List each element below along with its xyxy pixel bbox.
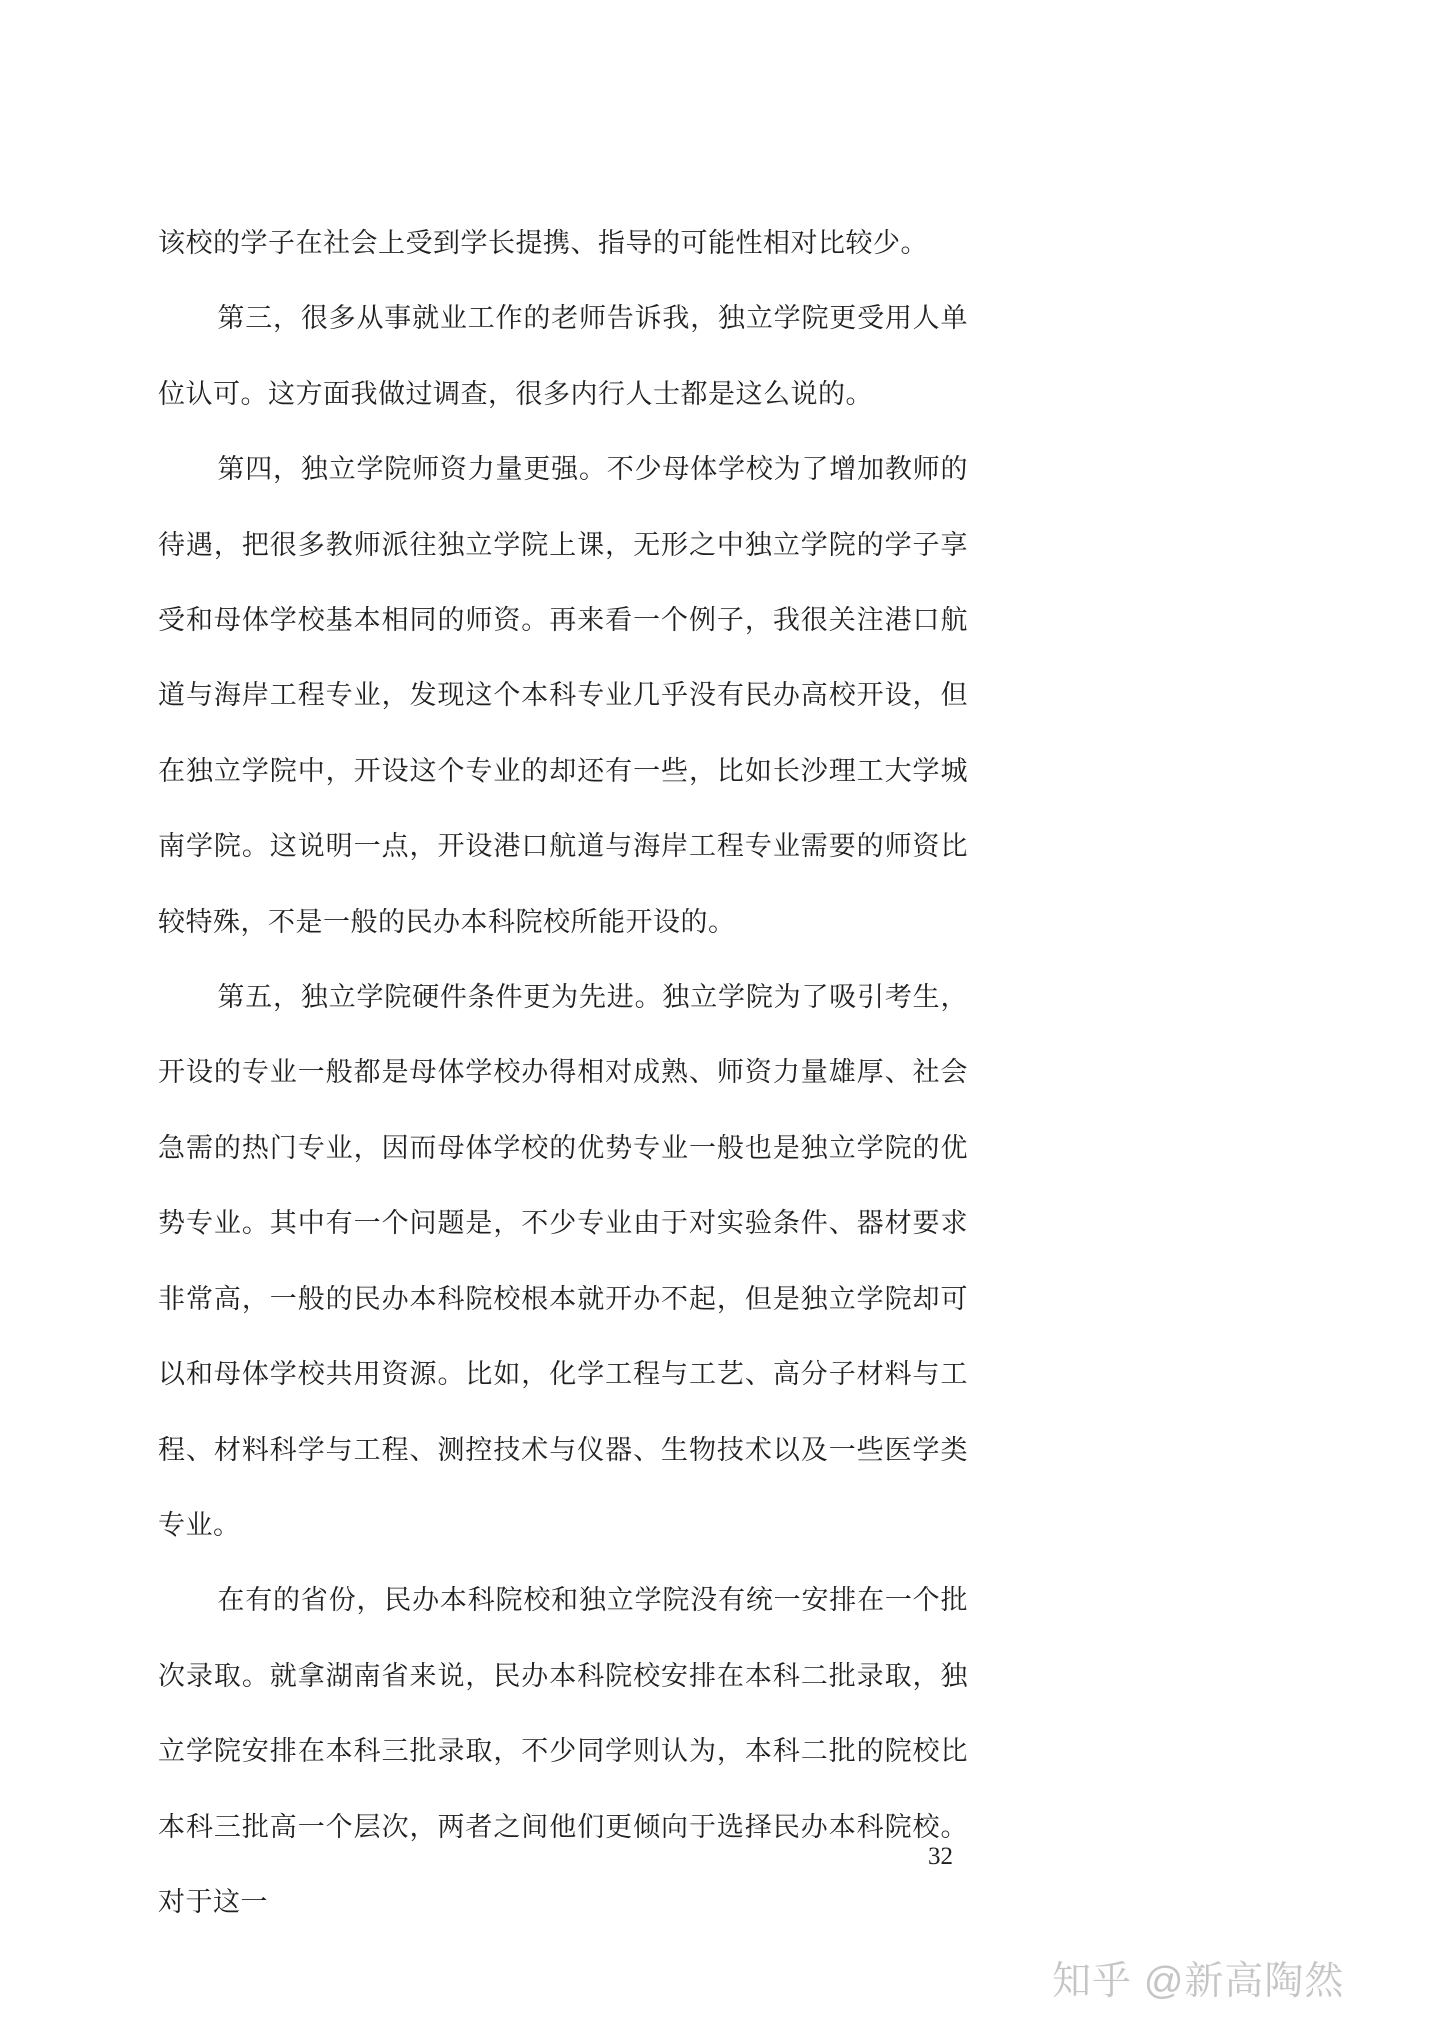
document-text-block: 该校的学子在社会上受到学长提携、指导的可能性相对比较少。 第三，很多从事就业工作… bbox=[158, 206, 968, 1940]
paragraph-third-point: 第三，很多从事就业工作的老师告诉我，独立学院更受用人单位认可。这方面我做过调查，… bbox=[158, 281, 968, 432]
document-page: 该校的学子在社会上受到学长提携、指导的可能性相对比较少。 第三，很多从事就业工作… bbox=[0, 0, 1440, 2037]
paragraph-province-batch: 在有的省份，民办本科院校和独立学院没有统一安排在一个批次录取。就拿湖南省来说，民… bbox=[158, 1563, 968, 1940]
paragraph-continuation: 该校的学子在社会上受到学长提携、指导的可能性相对比较少。 bbox=[158, 206, 968, 281]
paragraph-fourth-point: 第四，独立学院师资力量更强。不少母体学校为了增加教师的待遇，把很多教师派往独立学… bbox=[158, 432, 968, 960]
page-number: 32 bbox=[928, 1843, 953, 1871]
watermark-zhihu: 知乎 @新高陶然 bbox=[1052, 1950, 1344, 2006]
paragraph-fifth-point: 第五，独立学院硬件条件更为先进。独立学院为了吸引考生，开设的专业一般都是母体学校… bbox=[158, 960, 968, 1563]
